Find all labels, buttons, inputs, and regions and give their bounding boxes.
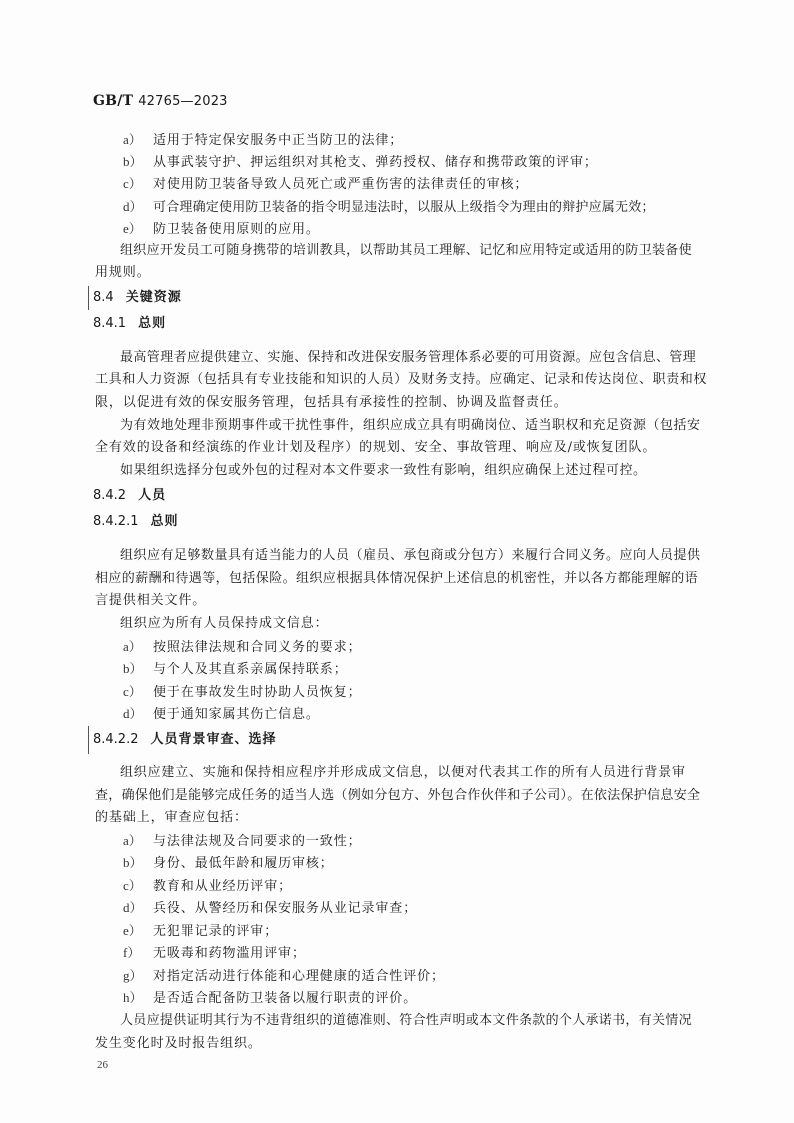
paragraph-line: 的基础上，审查应包括：: [95, 810, 248, 826]
list-text: 从事武装守护、押运组织对其枪支、弹药授权、储存和携带政策的评审；: [153, 155, 598, 170]
document-page: GB/T 42765—2023 a）适用于特定保安服务中正当防卫的法律； b）从…: [0, 0, 794, 1123]
paragraph-line: 全有效的设备和经演练的作业计划及程序）的规划、安全、事故管理、响应及/或恢复团队…: [95, 440, 656, 456]
paragraph-line: 如果组织选择分包或外包的过程对本文件要求一致性有影响，组织应确保上述过程可控。: [120, 463, 647, 479]
list-label: e）: [123, 221, 153, 237]
list-item: f）无吸毒和药物滥用评审；: [123, 945, 306, 962]
list-label: b）: [123, 855, 153, 871]
list-text: 与法律法规及合同要求的一致性；: [153, 834, 362, 849]
list-text: 便于在事故发生时协助人员恢复；: [153, 685, 362, 700]
list-text: 教育和从业经历评审；: [153, 879, 292, 894]
list-label: c）: [123, 684, 153, 700]
list-text: 对使用防卫装备导致人员死亡或严重伤害的法律责任的审核；: [153, 177, 528, 192]
list-label: b）: [123, 154, 153, 170]
list-label: g）: [123, 968, 153, 984]
paragraph-line: 组织应为所有人员保持成文信息：: [120, 616, 329, 632]
list-item: d）便于通知家属其伤亡信息。: [123, 706, 320, 723]
section-number: 8.4.2: [93, 488, 126, 504]
list-label: f）: [123, 945, 153, 961]
paragraph-line: 用规则。: [95, 265, 151, 281]
list-item: d）兵役、从警经历和保安服务从业记录审查；: [123, 900, 417, 917]
page-number: 26: [97, 1059, 108, 1071]
list-text: 适用于特定保安服务中正当防卫的法律；: [153, 133, 403, 148]
paragraph-line: 组织应有足够数量具有适当能力的人员（雇员、承包商或分包方）来履行合同义务。应向人…: [120, 548, 701, 564]
section-title: 总则: [138, 316, 166, 331]
change-bar: [88, 726, 89, 754]
list-label: d）: [123, 706, 153, 722]
list-label: e）: [123, 923, 153, 939]
list-item: e）无犯罪记录的评审；: [123, 923, 278, 940]
list-item: g）对指定活动进行体能和心理健康的适合性评价；: [123, 968, 445, 985]
standard-prefix: GB/T: [93, 93, 133, 109]
section-heading-8-4-2-1: 8.4.2.1总则: [93, 514, 179, 530]
change-bar: [88, 286, 89, 310]
list-item: a）按照法律法规和合同义务的要求；: [123, 639, 362, 656]
list-item: c）教育和从业经历评审；: [123, 878, 292, 895]
list-label: c）: [123, 878, 153, 894]
list-text: 无犯罪记录的评审；: [153, 924, 278, 939]
list-item: h）是否适合配备防卫装备以履行职责的评价。: [123, 990, 417, 1007]
list-text: 无吸毒和药物滥用评审；: [153, 946, 306, 961]
section-heading-8-4-2: 8.4.2人员: [93, 488, 166, 504]
section-heading-8-4: 8.4关键资源: [93, 290, 182, 306]
list-item: d）可合理确定使用防卫装备的指令明显违法时，以服从上级指令为理由的辩护应属无效；: [123, 199, 655, 216]
list-text: 对指定活动进行体能和心理健康的适合性评价；: [153, 969, 445, 984]
section-title: 关键资源: [126, 290, 182, 305]
list-label: d）: [123, 900, 153, 916]
paragraph-line: 限，以促进有效的保安服务管理，包括具有承接性的控制、协调及监督责任。: [95, 395, 568, 411]
paragraph-line: 查，确保他们是能够完成任务的适当人选（例如分包方、外包合作伙伴和子公司）。在依法…: [95, 788, 700, 804]
list-label: a）: [123, 639, 153, 655]
list-text: 是否适合配备防卫装备以履行职责的评价。: [153, 991, 417, 1006]
list-label: a）: [123, 833, 153, 849]
list-item: b）身份、最低年龄和履历审核；: [123, 855, 334, 872]
list-item: c）便于在事故发生时协助人员恢复；: [123, 684, 362, 701]
list-label: b）: [123, 661, 153, 677]
list-label: c）: [123, 176, 153, 192]
list-text: 防卫装备使用原则的应用。: [153, 222, 320, 237]
section-heading-8-4-1: 8.4.1总则: [93, 316, 166, 332]
paragraph-line: 相应的薪酬和待遇等，包括保险。组织应根据具体情况保护上述信息的机密性，并以各方都…: [95, 571, 698, 587]
paragraph-line: 工具和人力资源（包括具有专业技能和知识的人员）及财务支持。应确定、记录和传达岗位…: [95, 372, 707, 388]
section-number: 8.4.1: [93, 316, 126, 332]
section-title: 人员背景审查、选择: [150, 732, 276, 747]
section-title: 总则: [150, 514, 178, 529]
list-label: h）: [123, 990, 153, 1006]
list-item: a）与法律法规及合同要求的一致性；: [123, 833, 362, 850]
list-text: 便于通知家属其伤亡信息。: [153, 707, 320, 722]
paragraph-line: 言提供相关文件。: [95, 593, 206, 609]
list-text: 兵役、从警经历和保安服务从业记录审查；: [153, 901, 417, 916]
list-item: e）防卫装备使用原则的应用。: [123, 221, 320, 238]
list-text: 可合理确定使用防卫装备的指令明显违法时，以服从上级指令为理由的辩护应属无效；: [153, 200, 655, 215]
standard-header: GB/T 42765—2023: [93, 93, 228, 109]
paragraph-line: 最高管理者应提供建立、实施、保持和改进保安服务管理体系必要的可用资源。应包含信息…: [120, 350, 696, 366]
paragraph-line: 为有效地处理非预期事件或干扰性事件，组织应成立具有明确岗位、适当职权和充足资源（…: [120, 418, 701, 434]
list-text: 身份、最低年龄和履历审核；: [153, 856, 334, 871]
paragraph-line: 组织应建立、实施和保持相应程序并形成成文信息，以便对代表其工作的所有人员进行背景…: [120, 765, 686, 781]
paragraph-line: 人员应提供证明其行为不违背组织的道德准则、符合性声明或本文件条款的个人承诺书，有…: [120, 1013, 692, 1029]
section-number: 8.4.2.2: [93, 732, 138, 748]
list-item: b）从事武装守护、押运组织对其枪支、弹药授权、储存和携带政策的评审；: [123, 154, 598, 171]
list-item: b）与个人及其直系亲属保持联系；: [123, 661, 348, 678]
paragraph-line: 发生变化时及时报告组织。: [95, 1036, 262, 1052]
section-number: 8.4.2.1: [93, 514, 138, 530]
list-item: c）对使用防卫装备导致人员死亡或严重伤害的法律责任的审核；: [123, 176, 528, 193]
section-title: 人员: [138, 488, 166, 503]
section-heading-8-4-2-2: 8.4.2.2人员背景审查、选择: [93, 732, 277, 748]
paragraph-line: 组织应开发员工可随身携带的培训教具，以帮助其员工理解、记忆和应用特定或适用的防卫…: [120, 243, 692, 259]
list-text: 按照法律法规和合同义务的要求；: [153, 640, 362, 655]
list-item: a）适用于特定保安服务中正当防卫的法律；: [123, 132, 403, 149]
list-label: d）: [123, 199, 153, 215]
list-text: 与个人及其直系亲属保持联系；: [153, 662, 348, 677]
standard-number: 42765—2023: [138, 94, 227, 109]
section-number: 8.4: [93, 290, 114, 306]
list-label: a）: [123, 132, 153, 148]
